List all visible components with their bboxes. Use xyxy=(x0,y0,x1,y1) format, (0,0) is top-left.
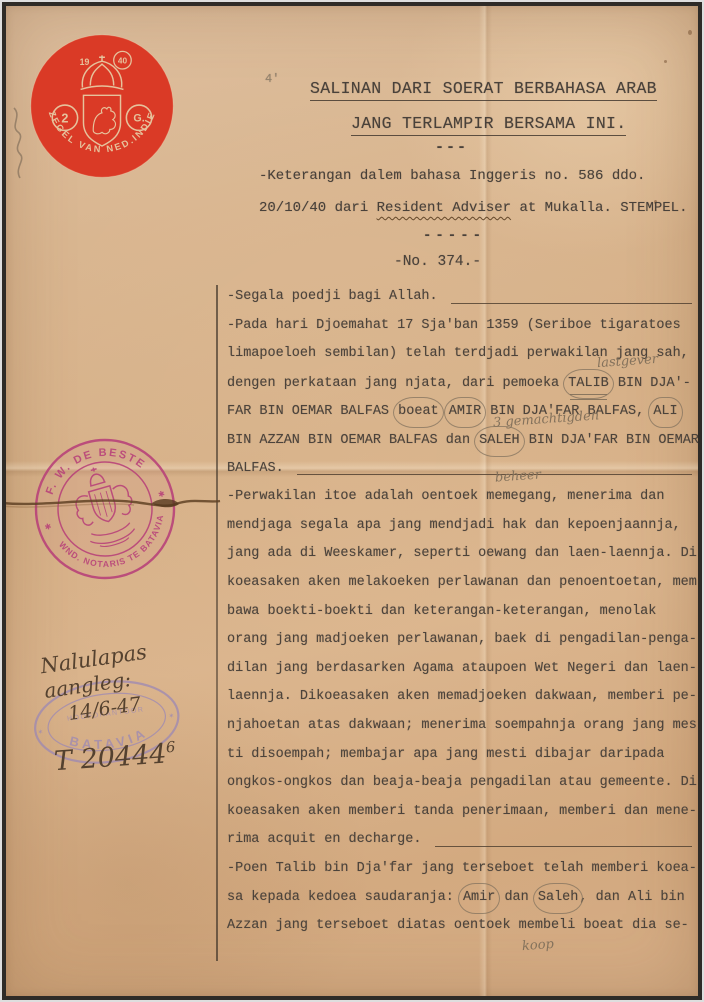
typed-text: rima acquit en decharge. xyxy=(227,826,430,855)
ink-fill-rule xyxy=(435,846,692,847)
typed-text: FAR BIN OEMAR BALFAS xyxy=(227,398,397,427)
note-line1: -Keterangan dalem bahasa Inggeris no. 58… xyxy=(259,168,645,184)
typed-line: koeasaken aken melakoeken perlawanan dan… xyxy=(227,569,694,598)
scanned-document: 19 40 2 G. ZEGEL VAN NED.INDIE 4' SALINA… xyxy=(0,0,704,1002)
typed-line: dengen perkataan jang njata, dari pemoek… xyxy=(227,369,694,398)
typed-line: rima acquit en decharge. xyxy=(227,826,694,855)
typed-line: -Pada hari Djoemahat 17 Sja'ban 1359 (Se… xyxy=(227,312,694,341)
typed-line: Azzan jang terseboet diatas oentoek memb… xyxy=(227,912,694,941)
pencil-annotation: lastgever xyxy=(597,352,659,371)
typed-text: dan xyxy=(496,884,537,913)
typed-text: dengen perkataan jang njata, dari pemoek… xyxy=(227,370,567,399)
typed-line: dilan jang berdasarken Agama ataupoen We… xyxy=(227,655,694,684)
pencil-annotation: koop xyxy=(522,937,555,954)
ink-speck xyxy=(688,30,692,35)
typed-text: koeasaken aken memberi tanda penerimaan,… xyxy=(227,798,697,827)
typed-text: njahoetan atas dakwaan; menerima soempah… xyxy=(227,712,697,741)
file-number-value: 20444 xyxy=(80,738,168,775)
document-title-line1: SALINAN DARI SOERAT BERBAHASA ARAB xyxy=(310,79,657,101)
typed-line: -Perwakilan itoe adalah oentoek memegang… xyxy=(227,483,694,512)
margin-rule-line xyxy=(216,285,218,961)
ink-fill-rule xyxy=(451,303,692,304)
typed-text: ti disoempah; membajar apa jang mesti di… xyxy=(227,741,664,770)
star-icon: ✶ xyxy=(168,712,175,721)
typed-text: -Perwakilan itoe adalah oentoek memegang… xyxy=(227,483,664,512)
binding-thread xyxy=(2,486,224,526)
note-line2-pre: 20/10/40 dari xyxy=(259,200,377,216)
typed-text: Azzan jang terseboet diatas oentoek memb… xyxy=(227,912,689,941)
document-number: -No. 374.- xyxy=(394,254,481,270)
typed-text: BIN DJA'- xyxy=(610,370,691,399)
seal-year-right: 40 xyxy=(118,57,128,66)
typed-line: sa kepada kedoea saudaranja: Amir dan Sa… xyxy=(227,883,694,912)
typed-line: BALFAS. xyxy=(227,455,694,484)
pencil-scribble xyxy=(6,102,42,192)
typed-line: -Poen Talib bin Dja'far jang terseboet t… xyxy=(227,855,694,884)
typed-body: -Segala poedji bagi Allah. -Pada hari Dj… xyxy=(227,283,694,941)
pencil-circled-word: Amir xyxy=(458,883,500,914)
typed-line: -Segala poedji bagi Allah. xyxy=(227,283,694,312)
typed-line: ti disoempah; membajar apa jang mesti di… xyxy=(227,741,694,770)
typed-line: koeasaken aken memberi tanda penerimaan,… xyxy=(227,798,694,827)
separator-dashes: ----- xyxy=(423,228,485,244)
revenue-stamp-seal: 19 40 2 G. ZEGEL VAN NED.INDIE xyxy=(24,29,180,185)
typed-text: orang jang madjoeken perlawanan, baek di… xyxy=(227,626,697,655)
pencil-circled-word: AMIR xyxy=(444,397,486,428)
typed-line: BIN AZZAN BIN OEMAR BALFAS dan SALEH BIN… xyxy=(227,426,694,455)
typed-text: sa kepada kedoea saudaranja: xyxy=(227,884,462,913)
file-number-suffix: 6 xyxy=(165,738,176,757)
typed-text: ongkos-ongkos dan beaja-beaja pengadilan… xyxy=(227,769,697,798)
note-line2: 20/10/40 dari Resident Adviser at Mukall… xyxy=(259,200,687,216)
separator-short: --- xyxy=(435,139,468,156)
pencil-circled-word: SALEH xyxy=(474,426,525,457)
typed-text: BALFAS. xyxy=(227,455,292,484)
typed-text: , dan Ali bin xyxy=(579,884,684,913)
typed-text: -Segala poedji bagi Allah. xyxy=(227,283,446,312)
document-title-line2: JANG TERLAMPIR BERSAMA INI. xyxy=(351,114,626,136)
typed-line: njahoetan atas dakwaan; menerima soempah… xyxy=(227,712,694,741)
file-number-prefix: T xyxy=(53,745,73,777)
typed-line: laennja. Dikoeasaken aken memadjoeken da… xyxy=(227,683,694,712)
resident-adviser-underlined: Resident Adviser xyxy=(377,200,511,216)
pencil-circled-word: Saleh xyxy=(533,883,584,914)
typed-line: jang ada di Weeskamer, seperti oewang da… xyxy=(227,540,694,569)
pencil-check-mark: 4' xyxy=(265,72,279,86)
typed-text: koeasaken aken melakoeken perlawanan dan… xyxy=(227,569,697,598)
typed-text: bawa boekti-boekti dan keterangan-ketera… xyxy=(227,598,656,627)
typed-text: BIN DJA'FAR BIN OEMAR xyxy=(521,427,699,456)
pencil-circled-word: boeat xyxy=(393,397,444,428)
typed-text: jang ada di Weeskamer, seperti oewang da… xyxy=(227,540,697,569)
typed-text: dilan jang berdasarken Agama ataupoen We… xyxy=(227,655,697,684)
typed-line: mendjaga segala apa jang mendjadi hak da… xyxy=(227,512,694,541)
typed-text: -Pada hari Djoemahat 17 Sja'ban 1359 (Se… xyxy=(227,312,681,341)
pencil-circled-word: TALIB xyxy=(563,369,614,400)
typed-text: laennja. Dikoeasaken aken memadjoeken da… xyxy=(227,683,697,712)
typed-text: -Poen Talib bin Dja'far jang terseboet t… xyxy=(227,855,697,884)
typed-line: FAR BIN OEMAR BALFAS boeat AMIR BIN DJA'… xyxy=(227,397,694,426)
typed-line: bawa boekti-boekti dan keterangan-ketera… xyxy=(227,598,694,627)
note-line2-post: at Mukalla. STEMPEL. xyxy=(511,200,687,216)
typed-text: BIN AZZAN BIN OEMAR BALFAS dan xyxy=(227,427,478,456)
ink-speck xyxy=(664,60,667,63)
pencil-circled-word: ALI xyxy=(648,397,682,428)
seal-year-left: 19 xyxy=(80,57,90,67)
star-icon: ✶ xyxy=(37,728,44,737)
typed-line: ongkos-ongkos dan beaja-beaja pengadilan… xyxy=(227,769,694,798)
typed-text: mendjaga segala apa jang mendjadi hak da… xyxy=(227,512,681,541)
typed-line: orang jang madjoeken perlawanan, baek di… xyxy=(227,626,694,655)
